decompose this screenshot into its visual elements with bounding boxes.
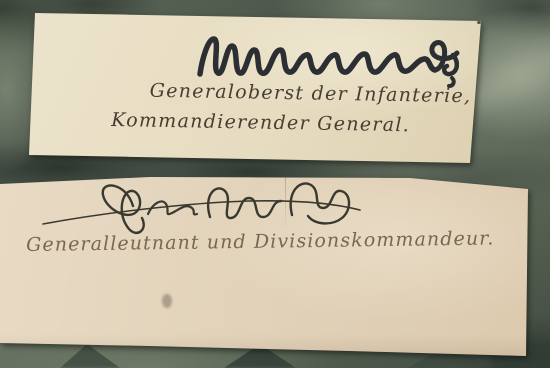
paper-crease [285,173,286,231]
caption-top: Generaloberst der Infanterie, Kommandier… [111,75,472,141]
paper-bottom: Generalleutnant und Divisionskommandeur. [0,170,534,360]
paper-top: Generaloberst der Infanterie, Kommandier… [29,11,483,165]
paper-stain [162,294,172,308]
photo-of-autograph-slips: Generaloberst der Infanterie, Kommandier… [0,0,550,368]
autograph-slip-bottom: Generalleutnant und Divisionskommandeur. [0,170,534,360]
ink-speck [477,21,481,24]
caption-line: Kommandierender General. [111,105,471,141]
autograph-slip-top: Generaloberst der Infanterie, Kommandier… [29,11,483,165]
